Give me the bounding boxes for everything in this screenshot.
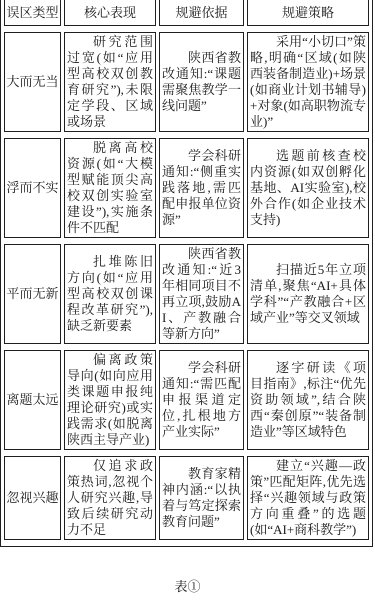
misconception-type-cell: 大而无当 <box>4 32 61 132</box>
misconception-type-cell: 忽视兴趣 <box>4 456 61 540</box>
header-core-manifestation: 核心表现 <box>64 0 156 26</box>
cell-text: 采用“小切口”策略,明确“区域(如陕西装备制造业)+场景(如商业计划书辅导)+对… <box>250 34 366 130</box>
cell-text: 教育家精神内涵:“以执着与笃定探索教育问题” <box>162 466 241 530</box>
cell-text: 偏离政策导向(如向应用类课题申报纯理论研究)或实践需求(如脱离陕西主导产业) <box>67 352 153 448</box>
cell-text: 选题前核查校内资源(如双创孵化基地、AI实验室),校外合作(如企业技术支持) <box>250 148 366 228</box>
avoidance-basis-cell: 陕西省教改通知:“近3年相同项目不再立项,鼓励AI、产教融合等新方向” <box>159 244 244 344</box>
core-manifestation-cell: 偏离政策导向(如向应用类课题申报纯理论研究)或实践需求(如脱离陕西主导产业) <box>64 350 156 450</box>
table-row: 浮而不实 脱离高校资源(如“大模型赋能顶尖高校双创实验室建设”),实施条件不匹配… <box>4 138 369 238</box>
cell-text: 建立“兴趣—政策”匹配矩阵,优先选择“兴趣领域与政策方向重叠”的选题(如“AI+… <box>250 458 366 538</box>
misconception-avoidance-table: 误区类型 核心表现 规避依据 规避策略 大而无当 研究范围过宽(如“应用型高校双… <box>0 0 373 547</box>
header-avoidance-strategy: 规避策略 <box>247 0 369 26</box>
avoidance-strategy-cell: 建立“兴趣—政策”匹配矩阵,优先选择“兴趣领域与政策方向重叠”的选题(如“AI+… <box>247 456 369 540</box>
core-manifestation-cell: 扎堆陈旧方向(如“应用型高校双创课程改革研究”),缺乏新要素 <box>64 244 156 344</box>
avoidance-basis-cell: 学会科研通知:“侧重实践落地,需匹配申报单位资源” <box>159 138 244 238</box>
cell-text: 扫描近5年立项清单,聚焦“AI+具体学科”“产教融合+区域产业”等交叉领域 <box>250 262 366 326</box>
table-row: 平而无新 扎堆陈旧方向(如“应用型高校双创课程改革研究”),缺乏新要素 陕西省教… <box>4 244 369 344</box>
header-avoidance-basis: 规避依据 <box>159 0 244 26</box>
cell-text: 陕西省教改通知:“近3年相同项目不再立项,鼓励AI、产教融合等新方向” <box>162 246 241 342</box>
table-row: 忽视兴趣 仅追求政策热词,忽视个人研究兴趣,导致后续研究动力不足 教育家精神内涵… <box>4 456 369 540</box>
cell-text: 扎堆陈旧方向(如“应用型高校双创课程改革研究”),缺乏新要素 <box>67 254 153 334</box>
avoidance-strategy-cell: 逐字研读《项目指南》,标注“优先资助领域”,结合陕西“秦创原”“装备制造业”等区… <box>247 350 369 450</box>
avoidance-basis-cell: 学会科研通知:“需匹配申报渠道定位,扎根地方产业实际” <box>159 350 244 450</box>
avoidance-basis-cell: 教育家精神内涵:“以执着与笃定探索教育问题” <box>159 456 244 540</box>
cell-text: 学会科研通知:“侧重实践落地,需匹配申报单位资源” <box>162 148 241 228</box>
core-manifestation-cell: 脱离高校资源(如“大模型赋能顶尖高校双创实验室建设”),实施条件不匹配 <box>64 138 156 238</box>
cell-text: 仅追求政策热词,忽视个人研究兴趣,导致后续研究动力不足 <box>67 458 153 538</box>
cell-text: 陕西省教改通知:“课题需聚焦教学一线问题” <box>162 50 241 114</box>
avoidance-strategy-cell: 选题前核查校内资源(如双创孵化基地、AI实验室),校外合作(如企业技术支持) <box>247 138 369 238</box>
cell-text: 逐字研读《项目指南》,标注“优先资助领域”,结合陕西“秦创原”“装备制造业”等区… <box>250 360 366 440</box>
cell-text: 脱离高校资源(如“大模型赋能顶尖高校双创实验室建设”),实施条件不匹配 <box>67 140 153 236</box>
core-manifestation-cell: 仅追求政策热词,忽视个人研究兴趣,导致后续研究动力不足 <box>64 456 156 540</box>
table-row: 大而无当 研究范围过宽(如“应用型高校双创教育研究”),未限定学段、区域或场景 … <box>4 32 369 132</box>
misconception-type-cell: 浮而不实 <box>4 138 61 238</box>
header-misconception-type: 误区类型 <box>4 0 61 26</box>
table-row: 离题太远 偏离政策导向(如向应用类课题申报纯理论研究)或实践需求(如脱离陕西主导… <box>4 350 369 450</box>
cell-text: 研究范围过宽(如“应用型高校双创教育研究”),未限定学段、区域或场景 <box>67 34 153 130</box>
cell-text: 学会科研通知:“需匹配申报渠道定位,扎根地方产业实际” <box>162 360 241 440</box>
table-caption: 表① <box>0 575 375 601</box>
misconception-type-cell: 平而无新 <box>4 244 61 344</box>
avoidance-strategy-cell: 采用“小切口”策略,明确“区域(如陕西装备制造业)+场景(如商业计划书辅导)+对… <box>247 32 369 132</box>
table-region: 误区类型 核心表现 规避依据 规避策略 大而无当 研究范围过宽(如“应用型高校双… <box>0 0 375 575</box>
avoidance-strategy-cell: 扫描近5年立项清单,聚焦“AI+具体学科”“产教融合+区域产业”等交叉领域 <box>247 244 369 344</box>
header-row: 误区类型 核心表现 规避依据 规避策略 <box>4 0 369 26</box>
avoidance-basis-cell: 陕西省教改通知:“课题需聚焦教学一线问题” <box>159 32 244 132</box>
core-manifestation-cell: 研究范围过宽(如“应用型高校双创教育研究”),未限定学段、区域或场景 <box>64 32 156 132</box>
misconception-type-cell: 离题太远 <box>4 350 61 450</box>
